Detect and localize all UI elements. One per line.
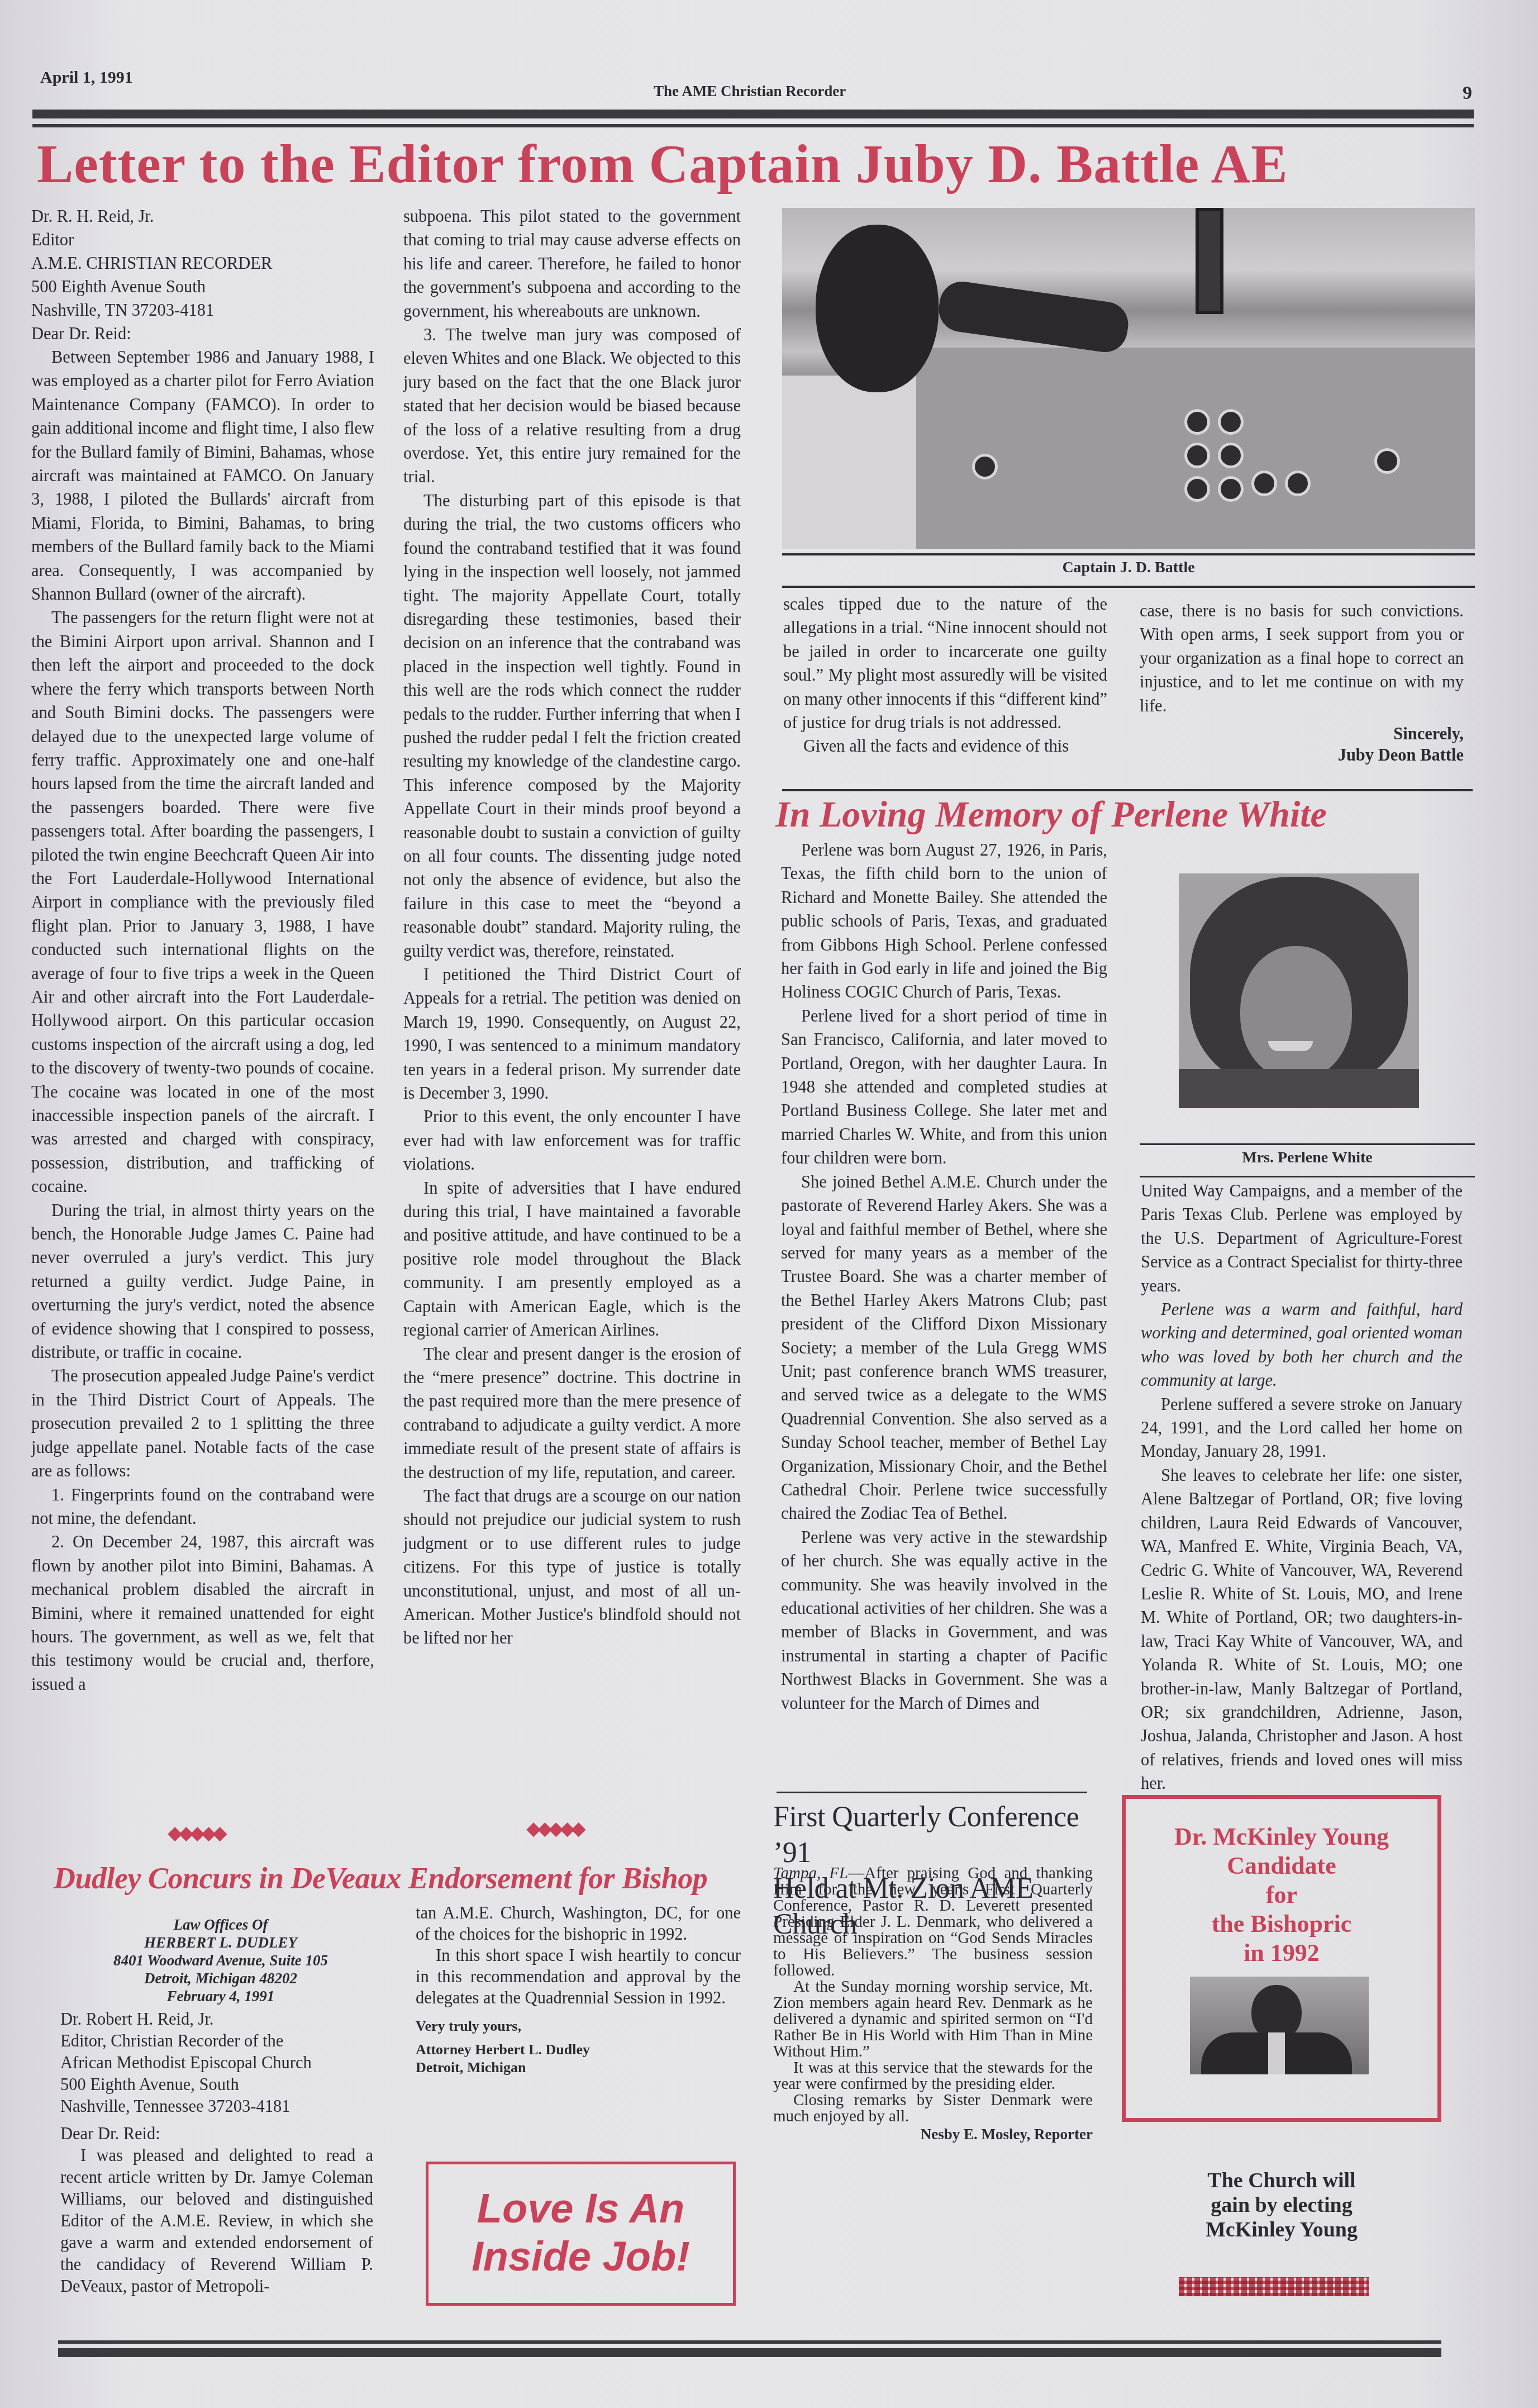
closing: Very truly yours, — [416, 2016, 741, 2036]
paragraph: It was at this service that the stewards… — [773, 2060, 1093, 2092]
cockpit-photo-caption: Captain J. D. Battle — [782, 559, 1475, 577]
memorial-headline: In Loving Memory of Perlene White — [775, 794, 1327, 836]
paragraph: The prosecution appealed Judge Paine's v… — [31, 1364, 374, 1483]
paragraph: 2. On December 24, 1987, this aircraft w… — [31, 1530, 374, 1696]
paragraph: The clear and present danger is the eros… — [403, 1342, 741, 1484]
paragraph: tan A.M.E. Church, Washington, DC, for o… — [416, 1902, 741, 1945]
letterhead-line: February 4, 1991 — [61, 1987, 380, 2005]
address-line: Editor — [31, 228, 374, 251]
paragraph: In spite of adversities that I have endu… — [403, 1176, 741, 1342]
paragraph: United Way Campaigns, and a member of th… — [1141, 1179, 1463, 1298]
paragraph: Perlene was very active in the stewardsh… — [781, 1526, 1107, 1715]
salutation: Dear Dr. Reid: — [31, 322, 374, 345]
section-divider — [782, 789, 1473, 791]
title-line: the Bishopric — [1126, 1910, 1437, 1939]
recipient-address: Dr. Robert H. Reid, Jr. Editor, Christia… — [60, 2008, 373, 2117]
newspaper-page: April 1, 1991 The AME Christian Recorder… — [0, 0, 1538, 2408]
byline: Nesby E. Mosley, Reporter — [773, 2125, 1093, 2144]
salutation: Dear Dr. Reid: — [60, 2123, 373, 2145]
greek-key-ornament-icon — [1179, 2277, 1369, 2296]
footer-rule-thick — [58, 2348, 1441, 2357]
address-line: A.M.E. CHRISTIAN RECORDER — [31, 251, 374, 275]
editor-address-block: Dr. R. H. Reid, Jr. Editor A.M.E. CHRIST… — [31, 205, 374, 345]
signature-location: Detroit, Michigan — [416, 2059, 741, 2077]
battle-letter-headline: Letter to the Editor from Captain Juby D… — [37, 133, 1288, 196]
battle-letter-column-2: subpoena. This pilot stated to the gover… — [403, 205, 741, 1650]
masthead-rule-thick — [32, 110, 1474, 118]
memorial-column-1: Perlene was born August 27, 1926, in Par… — [781, 838, 1107, 1715]
slogan-line: The Church will — [1122, 2168, 1441, 2193]
title-line: in 1992 — [1126, 1939, 1437, 1968]
masthead-rule-thin — [32, 124, 1474, 127]
paragraph: subpoena. This pilot stated to the gover… — [403, 205, 741, 323]
paragraph: Prior to this event, the only encounter … — [403, 1105, 741, 1176]
paragraph: During the trial, in almost thirty years… — [31, 1199, 374, 1365]
paragraph: The disturbing part of this episode is t… — [403, 489, 741, 963]
paragraph: At the Sunday morning worship service, M… — [773, 1979, 1093, 2060]
letterhead-line: 8401 Woodward Avenue, Suite 105 — [61, 1951, 380, 1969]
paragraph: The fact that drugs are a scourge on our… — [403, 1484, 741, 1650]
letterhead-line: Detroit, Michigan 48202 — [61, 1969, 380, 1987]
letterhead-line: Law Offices Of — [61, 1916, 380, 1934]
ad-slogan-text: The Church will gain by electing McKinle… — [1122, 2168, 1441, 2242]
paragraph: Perlene was born August 27, 1926, in Par… — [781, 838, 1107, 1004]
signature-name: Attorney Herbert L. Dudley — [416, 2041, 741, 2059]
page-number: 9 — [1463, 83, 1472, 104]
mckinley-young-portrait — [1190, 1977, 1369, 2074]
paragraph: Perlene suffered a severe stroke on Janu… — [1141, 1393, 1463, 1464]
dudley-letter-column-1: Dr. Robert H. Reid, Jr. Editor, Christia… — [60, 2008, 373, 2297]
ad-title: Dr. McKinley Young Candidate for the Bis… — [1126, 1822, 1437, 1968]
ad-text: Love Is An Inside Job! — [428, 2184, 733, 2281]
paragraph: In this short space I wish heartily to c… — [416, 1945, 741, 2008]
photo-caption-rule-bottom — [782, 586, 1475, 588]
ad-line: Love Is An — [428, 2184, 733, 2233]
portrait-caption-rule-bottom — [1140, 1176, 1475, 1177]
paragraph: 3. The twelve man jury was composed of e… — [403, 323, 741, 489]
footer-rule-thin — [58, 2340, 1441, 2344]
address-line: Editor, Christian Recorder of the — [60, 2030, 373, 2052]
paragraph: Perlene lived for a short period of time… — [781, 1004, 1107, 1170]
issue-date: April 1, 1991 — [40, 68, 133, 87]
letterhead-line: HERBERT L. DUDLEY — [61, 1934, 380, 1951]
memorial-column-2: United Way Campaigns, and a member of th… — [1141, 1179, 1463, 1796]
address-line: Dr. Robert H. Reid, Jr. — [60, 2008, 373, 2030]
address-line: African Methodist Episcopal Church — [60, 2052, 373, 2074]
photo-caption-rule-top — [782, 553, 1475, 555]
paragraph: scales tipped due to the nature of the a… — [783, 592, 1107, 734]
battle-letter-column-1: Dr. R. H. Reid, Jr. Editor A.M.E. CHRIST… — [31, 205, 374, 1696]
address-line: 500 Eighth Avenue South — [31, 275, 374, 298]
paragraph: Closing remarks by Sister Denmark were m… — [773, 2092, 1093, 2125]
address-line: 500 Eighth Avenue, South — [60, 2074, 373, 2096]
title-line: Dr. McKinley Young — [1126, 1822, 1437, 1851]
captain-battle-cockpit-photo — [782, 208, 1475, 549]
paragraph: I petitioned the Third District Court of… — [403, 963, 741, 1105]
conference-article-body: Tampa, FL—After praising God and thankin… — [773, 1865, 1093, 2144]
paragraph: Between September 1986 and January 1988,… — [31, 345, 374, 606]
closing: Sincerely, — [1140, 723, 1464, 744]
battle-letter-column-3: scales tipped due to the nature of the a… — [783, 592, 1107, 758]
title-line: Candidate — [1126, 1851, 1437, 1880]
dudley-letter-column-2: tan A.M.E. Church, Washington, DC, for o… — [416, 1902, 741, 2077]
paragraph: 1. Fingerprints found on the contraband … — [31, 1483, 374, 1531]
paragraph: Given all the facts and evidence of this — [783, 734, 1107, 758]
publication-name: The AME Christian Recorder — [654, 83, 846, 100]
portrait-caption-rule-top — [1140, 1143, 1475, 1145]
paragraph: I was pleased and delighted to read a re… — [60, 2145, 373, 2297]
diamond-ornament-icon: ◆◆◆◆◆ — [168, 1824, 224, 1843]
perlene-white-portrait — [1179, 873, 1419, 1108]
battle-letter-column-4: case, there is no basis for such convict… — [1140, 599, 1464, 766]
dudley-headline: Dudley Concurs in DeVeaux Endorsement fo… — [54, 1861, 707, 1896]
title-line: for — [1126, 1880, 1437, 1910]
ad-line: Inside Job! — [428, 2233, 733, 2281]
signature: Juby Deon Battle — [1140, 744, 1464, 766]
dateline: Tampa, FL — [773, 1864, 848, 1882]
address-line: Dr. R. H. Reid, Jr. — [31, 205, 374, 228]
diamond-ornament-icon: ◆◆◆◆◆ — [526, 1820, 583, 1839]
address-line: Nashville, Tennessee 37203-4181 — [60, 2096, 373, 2117]
law-office-letterhead: Law Offices Of HERBERT L. DUDLEY 8401 Wo… — [61, 1916, 380, 2005]
paragraph: Perlene was a warm and faithful, hard wo… — [1141, 1298, 1463, 1393]
headline-line: First Quarterly Conference ’91 — [773, 1799, 1103, 1871]
slogan-line: gain by electing — [1122, 2193, 1441, 2217]
paragraph: Tampa, FL—After praising God and thankin… — [773, 1865, 1093, 1979]
love-inside-job-ad: Love Is An Inside Job! — [426, 2162, 736, 2306]
mckinley-young-campaign-ad: Dr. McKinley Young Candidate for the Bis… — [1122, 1795, 1441, 2122]
address-line: Nashville, TN 37203-4181 — [31, 298, 374, 322]
paragraph: The passengers for the return flight wer… — [31, 606, 374, 1198]
paragraph: She joined Bethel A.M.E. Church under th… — [781, 1170, 1107, 1526]
portrait-caption: Mrs. Perlene White — [1140, 1149, 1475, 1167]
paragraph: She leaves to celebrate her life: one si… — [1141, 1464, 1463, 1796]
paragraph: case, there is no basis for such convict… — [1140, 599, 1464, 718]
section-divider — [777, 1792, 1087, 1793]
slogan-line: McKinley Young — [1122, 2217, 1441, 2242]
